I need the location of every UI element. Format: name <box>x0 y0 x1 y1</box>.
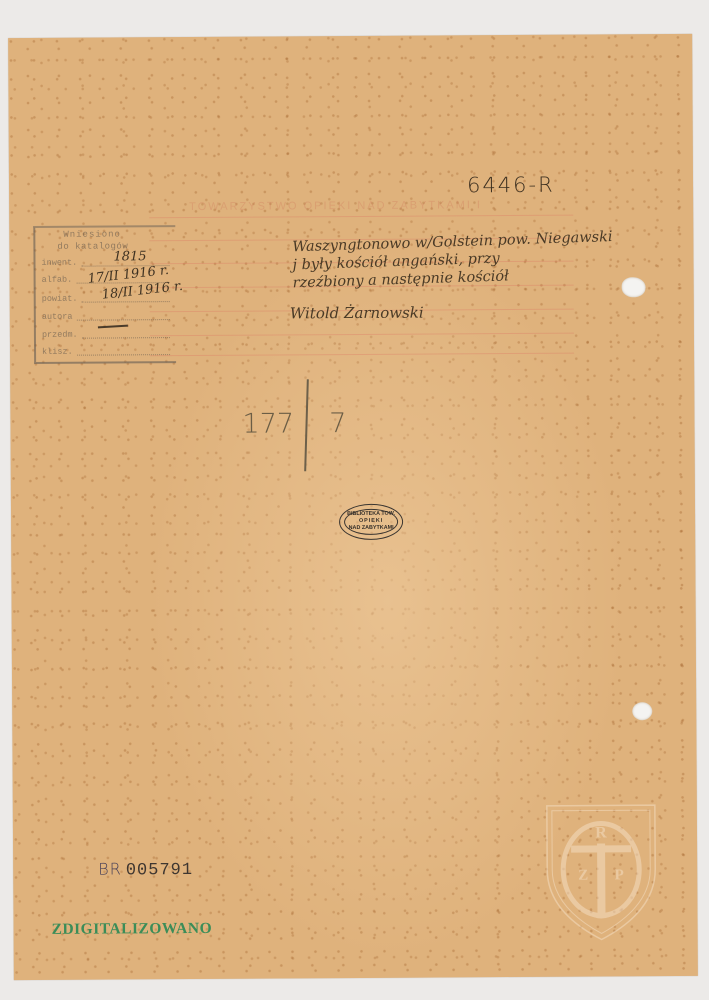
stamp-row-label: powiat. <box>42 294 78 304</box>
library-stamp: BIBLIOTEKA TOW. OPIEKI NAD ZABYTKAMI <box>339 504 403 540</box>
inventory-prefix: BR <box>98 859 122 878</box>
bleed-through-text: TOWARZYSTWO OPIEKI NAD ZABYTKAMI PRZESZŁ… <box>189 199 479 213</box>
svg-text:R: R <box>595 824 607 841</box>
shield-emblem-icon: R Z P <box>541 799 662 945</box>
svg-text:P: P <box>615 867 624 883</box>
svg-text:Z: Z <box>578 868 588 884</box>
punch-hole-top <box>622 277 646 297</box>
stamp-row-label: alfab. <box>42 275 73 285</box>
intake-stamp: Wniesiono do katalogów inwent. alfab. po… <box>33 225 176 364</box>
stamp-row-label: klisz. <box>42 347 73 357</box>
reference-number: 6446-R <box>467 173 555 198</box>
inventory-number: BR005791 <box>98 859 193 881</box>
library-stamp-line-1: BIBLIOTEKA TOW. <box>340 511 402 518</box>
ruled-line <box>150 333 574 337</box>
digitized-stamp: ZDIGITALIZOWANO <box>52 920 213 939</box>
catalog-mark-left: 177 <box>242 408 294 439</box>
stamp-row-plates: klisz. <box>42 346 170 357</box>
library-stamp-line-3: NAD ZABYTKAMI <box>340 525 402 532</box>
stamp-row-label: inwent. <box>41 258 77 268</box>
stamp-value-author <box>98 325 128 328</box>
ruled-line <box>150 353 574 357</box>
stamp-title: Wniesiono <box>63 229 121 239</box>
ruled-line <box>149 215 573 219</box>
inventory-digits: 005791 <box>126 861 193 880</box>
punch-hole-bottom <box>632 702 652 720</box>
stamp-value-inventory: 1815 <box>113 249 146 264</box>
signature: Witold Żarnowski <box>290 304 424 323</box>
library-stamp-line-2: OPIEKI <box>340 518 402 525</box>
stamp-row-label: przedm. <box>42 330 78 340</box>
catalog-mark: 177 7 <box>242 408 346 440</box>
document-page: TOWARZYSTWO OPIEKI NAD ZABYTKAMI PRZESZŁ… <box>8 34 698 980</box>
catalog-mark-right: 7 <box>329 408 346 439</box>
stamp-row-author: autora <box>42 311 170 322</box>
stamp-row-subject: przedm. <box>42 329 170 340</box>
stamp-row-label: autora <box>42 312 73 322</box>
